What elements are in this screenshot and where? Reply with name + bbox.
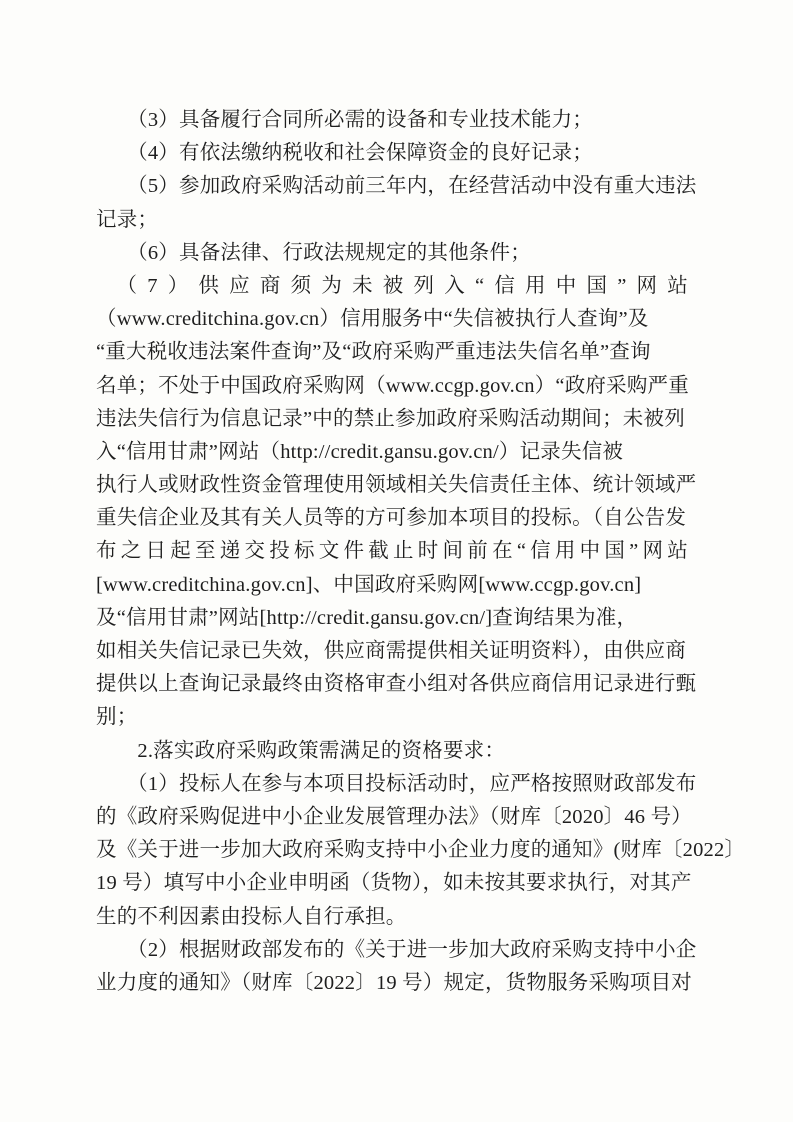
text-line: （www.creditchina.gov.cn）信用服务中“失信被执行人查询”及 <box>96 303 688 336</box>
text-line: [www.creditchina.gov.cn]、中国政府采购网[www.ccg… <box>96 569 688 602</box>
text-line: 2.落实政府采购政策需满足的资格要求： <box>96 735 688 768</box>
text-line: 如相关失信记录已失效，供应商需提供相关证明资料），由供应商 <box>96 635 688 668</box>
text-line: “重大税收违法案件查询”及“政府采购严重违法失信名单”查询 <box>96 336 688 369</box>
text-line: 业力度的通知》（财库〔2022〕19 号）规定，货物服务采购项目对 <box>96 967 688 1000</box>
text-line: （1）投标人在参与本项目投标活动时，应严格按照财政部发布 <box>96 768 688 801</box>
text-line: 名单；不处于中国政府采购网（www.ccgp.gov.cn）“政府采购严重 <box>96 370 688 403</box>
text-line: 19 号）填写中小企业申明函（货物），如未按其要求执行，对其产 <box>96 867 688 900</box>
text-line: （4）有依法缴纳税收和社会保障资金的良好记录； <box>96 137 688 170</box>
text-line: （2）根据财政部发布的《关于进一步加大政府采购支持中小企 <box>96 934 688 967</box>
text-line: 布之日起至递交投标文件截止时间前在“信用中国”网站 <box>96 535 688 568</box>
text-line: 及“信用甘肃”网站[http://credit.gansu.gov.cn/]查询… <box>96 602 688 635</box>
text-line: 生的不利因素由投标人自行承担。 <box>96 901 688 934</box>
text-line: 重失信企业及其有关人员等的方可参加本项目的投标。（自公告发 <box>96 502 688 535</box>
text-line: 的《政府采购促进中小企业发展管理办法》（财库〔2020〕46 号） <box>96 801 688 834</box>
document-page: （3）具备履行合同所必需的设备和专业技术能力； （4）有依法缴纳税收和社会保障资… <box>0 0 793 1122</box>
text-line: 入“信用甘肃”网站（http://credit.gansu.gov.cn/）记录… <box>96 436 688 469</box>
text-line: （7）供应商须为未被列入“信用中国”网站 <box>96 270 688 303</box>
document-body-text: （3）具备履行合同所必需的设备和专业技术能力； （4）有依法缴纳税收和社会保障资… <box>96 104 688 1000</box>
text-line: 违法失信行为信息记录”中的禁止参加政府采购活动期间；未被列 <box>96 403 688 436</box>
text-line: 提供以上查询记录最终由资格审查小组对各供应商信用记录进行甄 <box>96 668 688 701</box>
text-line: 执行人或财政性资金管理使用领域相关失信责任主体、统计领域严 <box>96 469 688 502</box>
text-line: 别； <box>96 701 688 734</box>
text-line: （5）参加政府采购活动前三年内，在经营活动中没有重大违法 <box>96 170 688 203</box>
text-line: （6）具备法律、行政法规规定的其他条件； <box>96 237 688 270</box>
text-line: （3）具备履行合同所必需的设备和专业技术能力； <box>96 104 688 137</box>
text-line: 记录； <box>96 204 688 237</box>
text-line: 及《关于进一步加大政府采购支持中小企业力度的通知》(财库〔2022〕 <box>96 834 688 867</box>
